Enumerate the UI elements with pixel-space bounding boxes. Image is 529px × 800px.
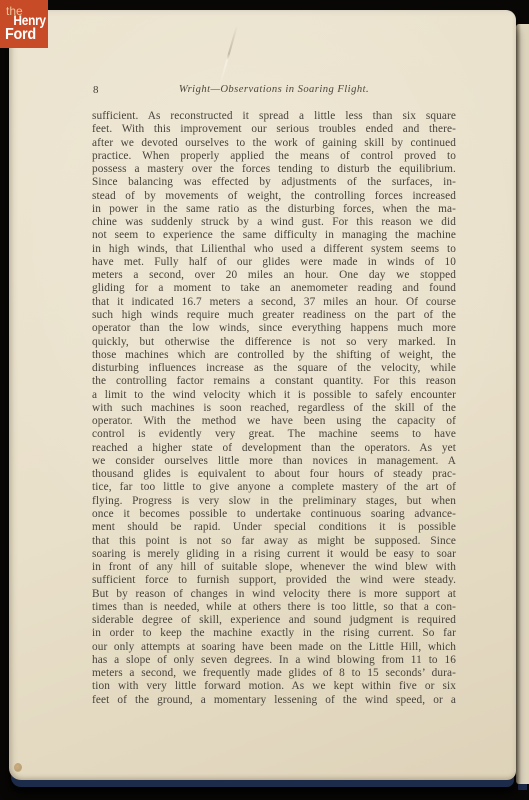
- body-line: meters a second, we frequently made glid…: [92, 667, 456, 680]
- body-line: times than is needed, while at others th…: [92, 601, 456, 614]
- body-line: those machines which are controlled by t…: [92, 349, 456, 362]
- body-line: the controlling factor remains a constan…: [92, 375, 456, 388]
- body-line: has a slope of only seven degrees. In a …: [92, 654, 456, 667]
- body-line: possess a mastery over the forces tendin…: [92, 163, 456, 176]
- page-number: 8: [93, 84, 99, 96]
- body-line: chine was suddenly struck by a wind gust…: [92, 216, 456, 229]
- body-line: flying. Progress is very slow in the pre…: [92, 495, 456, 508]
- stain-spot: [14, 763, 22, 772]
- body-line: in power in the same ratio as the distur…: [92, 203, 456, 216]
- body-line: such high winds require much greater rea…: [92, 309, 456, 322]
- scan-background: 8 Wright—Observations in Soaring Flight.…: [0, 0, 529, 800]
- running-title: Wright—Observations in Soaring Flight.: [92, 84, 456, 95]
- body-line: disturbing influences increase as the sq…: [92, 362, 456, 375]
- book-page: 8 Wright—Observations in Soaring Flight.…: [9, 10, 516, 780]
- body-line: operator than the low winds, since every…: [92, 322, 456, 335]
- body-line: sufficient force to furnish support, pro…: [92, 574, 456, 587]
- body-line: in order to keep the machine exactly in …: [92, 627, 456, 640]
- body-line: But by reason of changes in wind velocit…: [92, 588, 456, 601]
- running-header: 8 Wright—Observations in Soaring Flight.: [92, 84, 456, 100]
- body-line: reached a higher state of development th…: [92, 442, 456, 455]
- body-line: have met. Fully half of our glides were …: [92, 256, 456, 269]
- body-line: once it becomes possible to undertake co…: [92, 508, 456, 521]
- body-line: that this point is not so far away as mi…: [92, 535, 456, 548]
- body-line: operator. With the method we have been u…: [92, 415, 456, 428]
- body-line: Since balancing was effected by adjustme…: [92, 176, 456, 189]
- body-line: after we devoted ourselves to the work o…: [92, 137, 456, 150]
- body-line: stead of by movements of weight, the con…: [92, 190, 456, 203]
- body-line: practice. When properly applied the mean…: [92, 150, 456, 163]
- body-line: with such machines is soon reached, rega…: [92, 402, 456, 415]
- body-line: we consider ourselves little more than n…: [92, 455, 456, 468]
- adjacent-page-edge: [516, 24, 529, 784]
- body-line: tice, far too little to give anyone a co…: [92, 481, 456, 494]
- body-line: ment should be rapid. Under special cond…: [92, 521, 456, 534]
- paper-crease: [218, 25, 238, 89]
- body-line: not seem to experience the same difficul…: [92, 229, 456, 242]
- logo-ford: Ford: [5, 26, 36, 44]
- body-text: sufficient. As reconstructed it spread a…: [92, 110, 456, 707]
- body-line: feet. With this improvement our serious …: [92, 123, 456, 136]
- body-line: soaring is merely gliding in a rising cu…: [92, 548, 456, 561]
- body-line: a limit to the wind velocity which it is…: [92, 389, 456, 402]
- henry-ford-logo: the Henry Ford: [0, 0, 48, 48]
- body-line: gliding for a moment to take an anemomet…: [92, 282, 456, 295]
- body-line: quickly, but otherwise the difference is…: [92, 336, 456, 349]
- body-line: sufficient. As reconstructed it spread a…: [92, 110, 456, 123]
- body-line: meters a second, over 20 miles an hour. …: [92, 269, 456, 282]
- body-line: siderable degree of skill, experience an…: [92, 614, 456, 627]
- body-line: that it indicated 16.7 meters a second, …: [92, 296, 456, 309]
- body-line: our only attempts at soaring have been m…: [92, 641, 456, 654]
- body-line: in front of any hill of suitable slope, …: [92, 561, 456, 574]
- body-line: in high winds, that Lilienthal who used …: [92, 243, 456, 256]
- body-line: thousand glides is equivalent to about f…: [92, 468, 456, 481]
- body-line: control is evidently very great. The mac…: [92, 428, 456, 441]
- body-line: tion with very little forward motion. As…: [92, 680, 456, 693]
- body-line: feet of the ground, a momentary lessenin…: [92, 694, 456, 707]
